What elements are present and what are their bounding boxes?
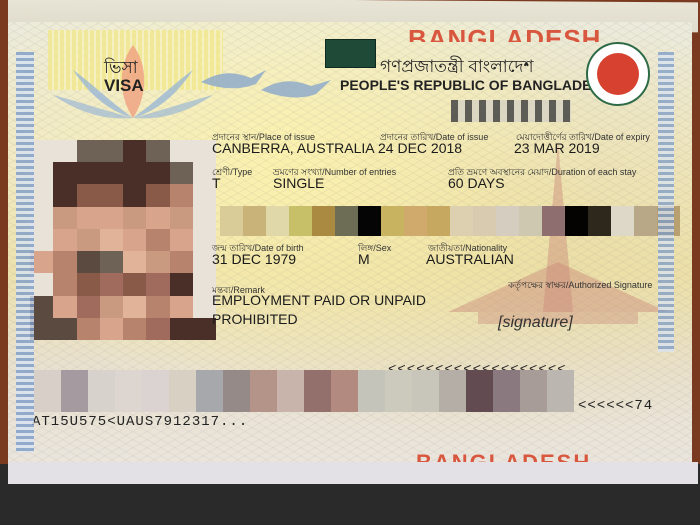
mrz-line3: AT15U575<UAUS7912317... [32, 414, 248, 430]
duration-value: 60 DAYS [448, 175, 505, 191]
visa-label: VISA [104, 76, 144, 96]
date-of-issue-value: 24 DEC 2018 [378, 140, 462, 156]
background-surface [0, 464, 700, 525]
visa-number-redacted [451, 100, 571, 122]
remark-line2: PROHIBITED [212, 311, 298, 327]
national-emblem-icon [325, 39, 376, 68]
magpie-birds-icon [196, 60, 336, 104]
place-of-issue-value: CANBERRA, AUSTRALIA [212, 140, 375, 156]
left-security-border [16, 52, 34, 452]
sex-value: M [358, 251, 370, 267]
government-seal-icon [586, 42, 650, 106]
dob-value: 31 DEC 1979 [212, 251, 296, 267]
country-title: PEOPLE'S REPUBLIC OF BANGLADESH [340, 77, 611, 93]
mrz-line2: <<<<<<74 [578, 398, 653, 414]
signature: [signature] [498, 314, 573, 332]
type-value: T [212, 175, 221, 191]
right-security-border [658, 52, 674, 352]
date-of-expiry-value: 23 MAR 2019 [514, 140, 600, 156]
mrz-redacted [34, 370, 574, 412]
name-redacted [220, 206, 680, 236]
visa-sticker: ভিসা VISA BANGLADESH গণপ্রজাতন্ত্রী বাংল… [8, 22, 692, 480]
holder-photo-pixelated [30, 140, 216, 340]
signature-label: কর্তৃপক্ষের স্বাক্ষর/Authorized Signatur… [508, 278, 652, 293]
nationality-value: AUSTRALIAN [426, 251, 514, 267]
watermark-top: BANGLADESH [408, 24, 601, 42]
remark-line1: EMPLOYMENT PAID OR UNPAID [212, 292, 426, 308]
entries-value: SINGLE [273, 175, 324, 191]
